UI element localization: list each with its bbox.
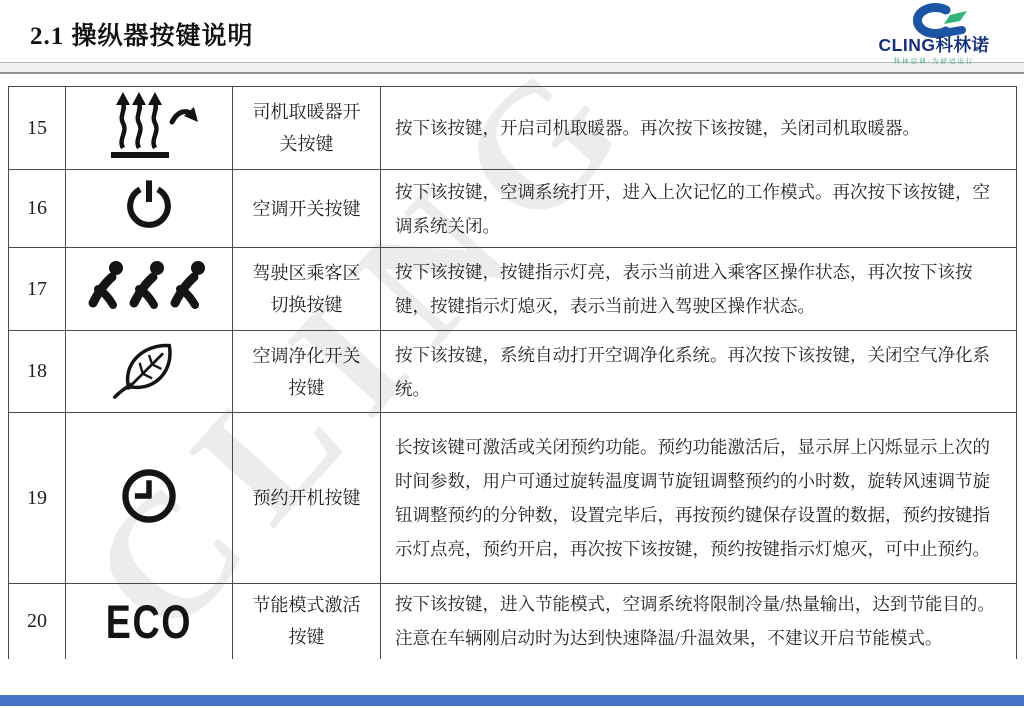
button-description: 按下该按键，按键指示灯亮，表示当前进入乘客区操作状态，再次按下该按键，按键指示灯… — [381, 248, 1017, 331]
table-row: 15 — [9, 87, 1017, 170]
button-name: 空调净化开关按键 — [233, 331, 381, 413]
page-title: 2.1 操纵器按键说明 — [30, 16, 254, 52]
row-number: 18 — [9, 331, 66, 413]
row-number: 17 — [9, 248, 66, 331]
row-number: 16 — [9, 170, 66, 248]
table-row: 19 预约开机按键 长按该键可激活或关闭预约功能。预约功能激活后，显示屏上闪烁显… — [9, 413, 1017, 584]
logo-wordmark: CLING科林诺 — [879, 35, 990, 55]
table-row: 18 — [9, 331, 1017, 413]
manual-page: 2.1 操纵器按键说明 CLING科林诺 科林空调·为舒适出行 CLING 15 — [0, 0, 1024, 708]
button-name: 驾驶区乘客区切换按键 — [233, 248, 381, 331]
eco-text-icon: ECO — [106, 594, 192, 649]
footer-accent-bar — [0, 695, 1024, 706]
button-name: 节能模式激活按键 — [233, 584, 381, 659]
button-name: 预约开机按键 — [233, 413, 381, 584]
table-row: 16 空调开关按键 按下该按键，空调系统打开，进入上次记忆的工作模式。再次按下该… — [9, 170, 1017, 248]
button-name: 司机取暖器开关按键 — [233, 87, 381, 170]
button-name: 空调开关按键 — [233, 170, 381, 248]
table-row: 17 — [9, 248, 1017, 331]
row-number: 19 — [9, 413, 66, 584]
button-description: 按下该按键，开启司机取暖器。再次按下该按键，关闭司机取暖器。 — [381, 87, 1017, 170]
row-number: 15 — [9, 87, 66, 170]
cling-swoosh-icon — [917, 8, 967, 34]
button-description: 按下该按键，进入节能模式，空调系统将限制冷量/热量输出，达到节能目的。注意在车辆… — [381, 584, 1017, 659]
table-row: 20 ECO 节能模式激活按键 按下该按键，进入节能模式，空调系统将限制冷量/热… — [9, 584, 1017, 659]
cling-logo: CLING科林诺 科林空调·为舒适出行 — [852, 2, 1016, 66]
power-icon — [114, 171, 184, 246]
row-number: 20 — [9, 584, 66, 659]
leaf-icon — [110, 336, 188, 407]
button-description: 长按该键可激活或关闭预约功能。预约功能激活后，显示屏上闪烁显示上次的时间参数，用… — [381, 413, 1017, 584]
logo-tagline: 科林空调·为舒适出行 — [894, 56, 975, 65]
heater-airflow-icon — [95, 90, 203, 167]
button-description: 按下该按键，空调系统打开，进入上次记忆的工作模式。再次按下该按键，空调系统关闭。 — [381, 170, 1017, 248]
passengers-icon — [86, 260, 212, 319]
button-description: 按下该按键，系统自动打开空调净化系统。再次按下该按键，关闭空气净化系统。 — [381, 331, 1017, 413]
clock-icon — [116, 463, 182, 534]
button-spec-table: 15 — [8, 86, 1017, 659]
